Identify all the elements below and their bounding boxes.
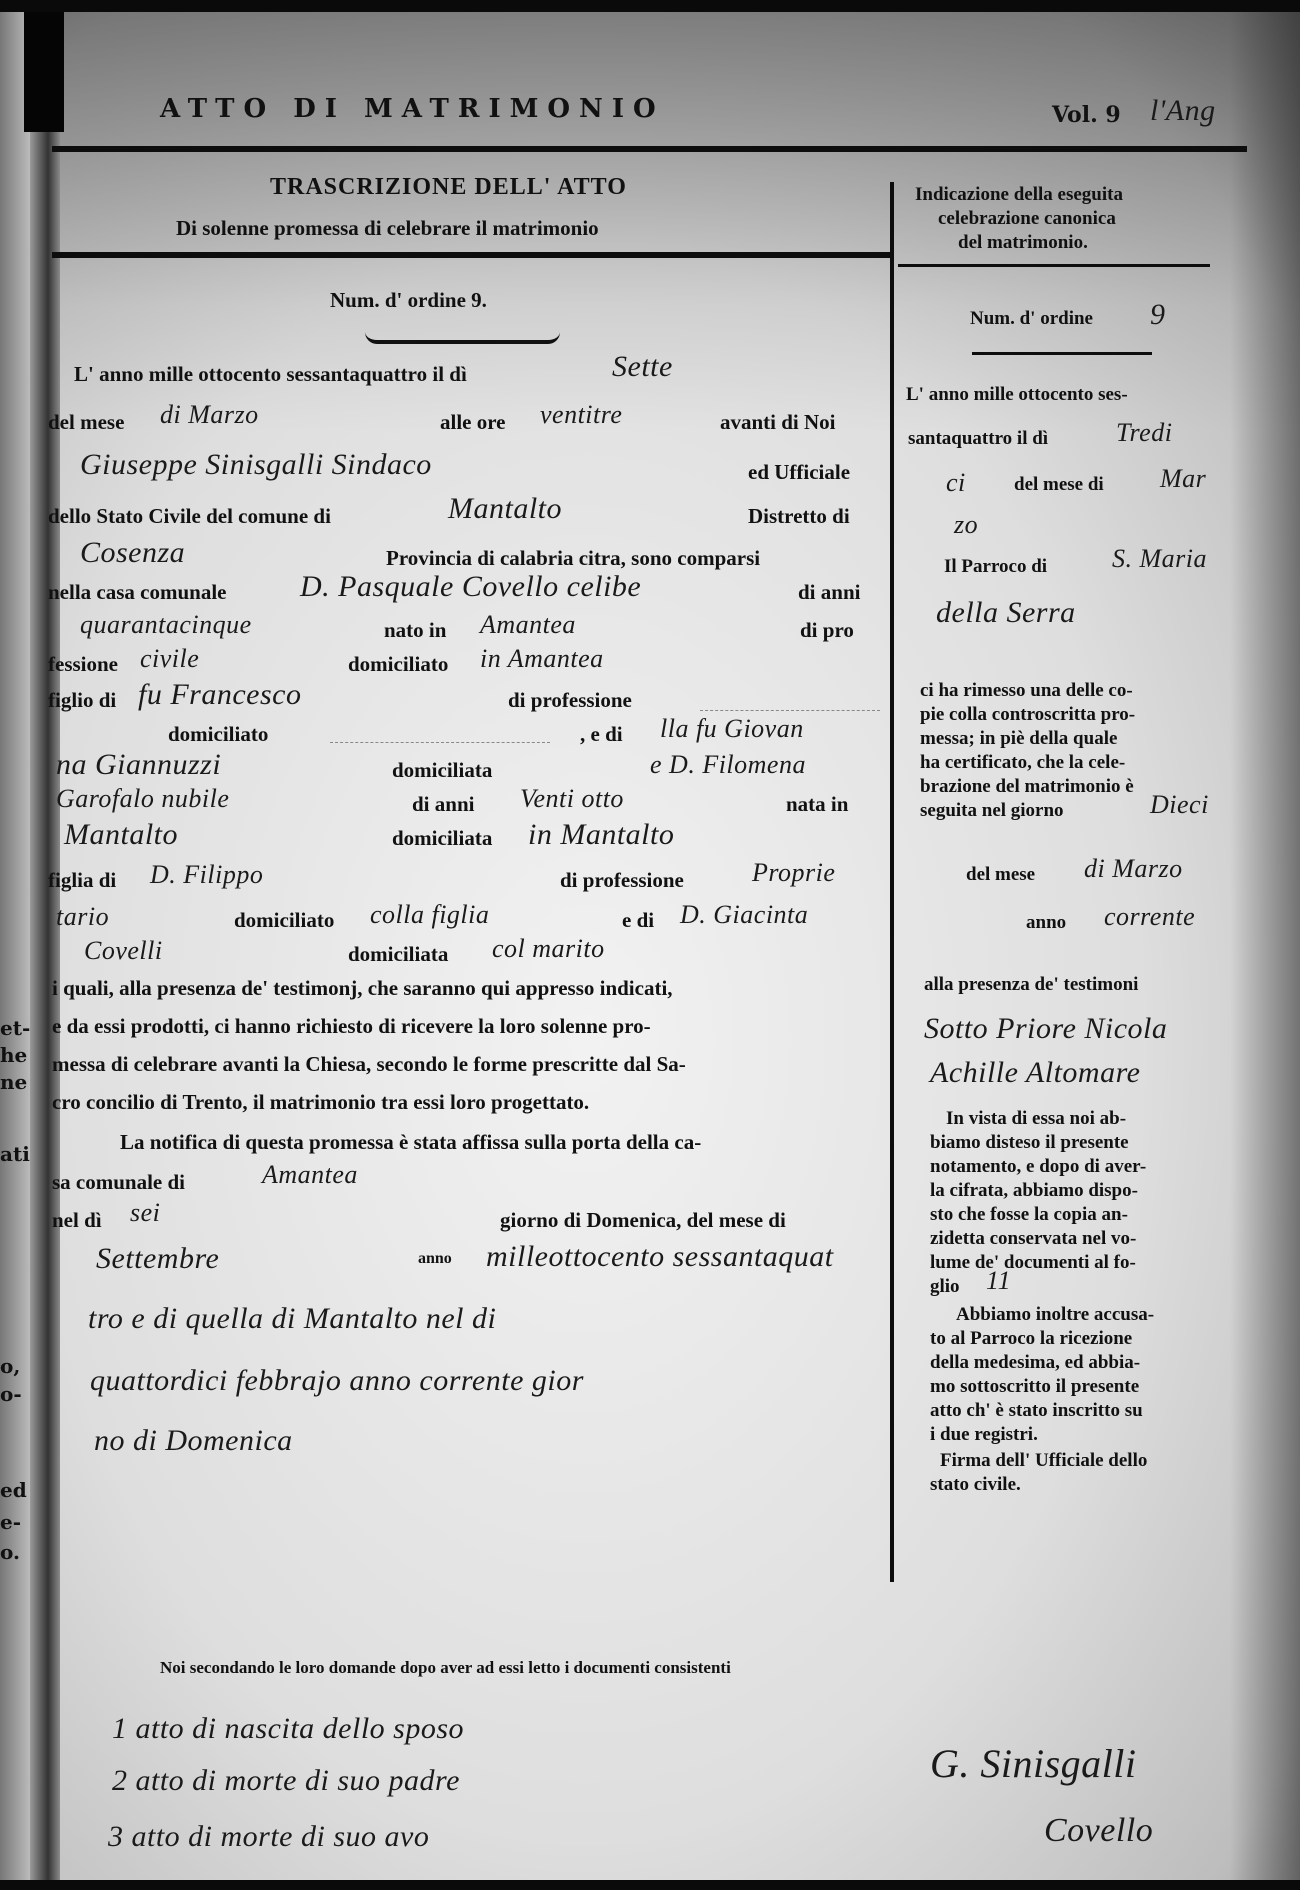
text-line: zidetta conservata nel vo-: [930, 1228, 1136, 1250]
text-line: messa; in piè della quale: [920, 728, 1117, 750]
text-line: seguita nel giorno: [920, 800, 1064, 822]
bottom-statement: Noi secondando le loro domande dopo aver…: [160, 1658, 731, 1678]
text-line: di anni: [412, 792, 474, 817]
text-line: del mese: [966, 864, 1035, 886]
text-line: santaquattro il dì: [908, 428, 1048, 450]
text-line: figlia di: [48, 868, 116, 893]
text-line: di professione: [560, 868, 684, 893]
handwritten-entry: Venti otto: [520, 784, 624, 814]
handwritten-entry: 11: [986, 1266, 1011, 1296]
blank-field: [330, 742, 550, 743]
text-line: domiciliata: [392, 758, 492, 783]
text-line: domiciliato: [168, 722, 268, 747]
handwritten-entry: in Amantea: [480, 644, 604, 674]
margin-fragment: o.: [0, 1540, 20, 1564]
text-line: La notifica di questa promessa è stata a…: [120, 1130, 701, 1155]
right-title-line: Indicazione della eseguita: [915, 184, 1123, 206]
text-line: atto ch' è stato inscritto su: [930, 1400, 1143, 1422]
handwritten-entry: Settembre: [96, 1242, 219, 1276]
text-line: di professione: [508, 688, 632, 713]
handwritten-entry: Achille Altomare: [930, 1056, 1140, 1090]
handwritten-entry: di Marzo: [1084, 854, 1183, 884]
text-line: notamento, e dopo di aver-: [930, 1156, 1146, 1178]
text-line: di anni: [798, 580, 860, 605]
text-line: ci ha rimesso una delle co-: [920, 680, 1133, 702]
text-line: messa di celebrare avanti la Chiesa, sec…: [52, 1052, 686, 1077]
handwritten-entry: quarantacinque: [80, 610, 252, 640]
text-line: alle ore: [440, 410, 506, 435]
handwritten-entry: col marito: [492, 934, 605, 964]
header-rule: [52, 146, 1247, 152]
section-subtitle: Di solenne promessa di celebrare il matr…: [176, 216, 599, 241]
handwritten-entry: S. Maria: [1112, 544, 1207, 574]
handwritten-entry: quattordici febbrajo anno corrente gior: [90, 1364, 584, 1398]
text-line: alla presenza de' testimoni: [924, 974, 1138, 996]
right-title-line: del matrimonio.: [958, 232, 1088, 254]
order-number: Num. d' ordine 9.: [330, 288, 487, 313]
text-line: Abbiamo inoltre accusa-: [956, 1304, 1154, 1326]
text-line: domiciliato: [348, 652, 448, 677]
text-line: cro concilio di Trento, il matrimonio tr…: [52, 1090, 589, 1115]
margin-fragment: ed: [0, 1478, 27, 1502]
text-line: stato civile.: [930, 1474, 1021, 1496]
handwritten-entry: no di Domenica: [94, 1424, 293, 1458]
handwritten-entry: della Serra: [936, 596, 1076, 630]
handwritten-entry: D. Pasquale Covello celibe: [300, 570, 641, 604]
handwritten-entry: Covelli: [84, 936, 163, 966]
handwritten-entry: Cosenza: [80, 536, 185, 570]
text-line: del mese: [48, 410, 124, 435]
section-rule: [52, 252, 890, 258]
handwritten-entry: fu Francesco: [138, 678, 301, 712]
handwritten-entry: di Marzo: [160, 400, 259, 430]
column-divider: [890, 182, 894, 1582]
text-line: avanti di Noi: [720, 410, 836, 435]
handwritten-entry: colla figlia: [370, 900, 489, 930]
handwritten-entry: D. Giacinta: [680, 900, 808, 930]
text-line: domiciliato: [234, 908, 334, 933]
text-line: glio: [930, 1276, 960, 1298]
text-line: In vista di essa noi ab-: [946, 1108, 1126, 1130]
text-line: ha certificato, che la cele-: [920, 752, 1125, 774]
margin-fragment: o-: [0, 1382, 22, 1406]
handwritten-entry: Sette: [612, 350, 673, 384]
text-line: la cifrata, abbiamo dispo-: [930, 1180, 1138, 1202]
document-title: ATTO DI MATRIMONIO: [160, 94, 665, 124]
text-line: anno: [418, 1250, 452, 1268]
handwritten-entry: na Giannuzzi: [56, 748, 221, 782]
handwritten-entry: ci: [946, 468, 966, 498]
handwritten-entry: sei: [130, 1198, 160, 1228]
handwritten-entry: Giuseppe Sinisgalli Sindaco: [80, 448, 432, 482]
volume-annotation: l'Ang: [1150, 94, 1216, 128]
handwritten-entry: e D. Filomena: [650, 750, 806, 780]
handwritten-entry: zo: [954, 510, 978, 540]
text-line: biamo disteso il presente: [930, 1132, 1129, 1154]
text-line: i quali, alla presenza de' testimonj, ch…: [52, 976, 673, 1001]
handwritten-entry: tario: [56, 902, 109, 932]
text-line: nata in: [786, 792, 848, 817]
document-list-item: 1 atto di nascita dello sposo: [112, 1712, 464, 1746]
document-list-item: 2 atto di morte di suo padre: [112, 1764, 460, 1798]
text-line: Distretto di: [748, 504, 850, 529]
text-line: Provincia di calabria citra, sono compar…: [386, 546, 760, 571]
text-line: nato in: [384, 618, 446, 643]
handwritten-entry: Amantea: [480, 610, 576, 640]
text-line: L' anno mille ottocento ses-: [906, 384, 1128, 406]
handwritten-entry: in Mantalto: [528, 818, 674, 852]
blank-field: [700, 710, 880, 711]
scan-shadow-right: [1230, 12, 1300, 1880]
text-line: figlio di: [48, 688, 116, 713]
text-line: e di: [622, 908, 654, 933]
margin-fragment: he: [0, 1043, 27, 1067]
handwritten-entry: Mar: [1160, 464, 1206, 494]
right-title-rule: [898, 264, 1210, 267]
handwritten-entry: Sotto Priore Nicola: [924, 1012, 1167, 1046]
handwritten-entry: Mantalto: [64, 818, 178, 852]
text-line: e da essi prodotti, ci hanno richiesto d…: [52, 1014, 651, 1039]
handwritten-entry: 9: [1150, 298, 1166, 332]
right-order-number: Num. d' ordine: [970, 308, 1093, 330]
text-line: pie colla controscritta pro-: [920, 704, 1135, 726]
text-line: domiciliata: [348, 942, 448, 967]
handwritten-entry: ventitre: [540, 400, 622, 430]
text-line: di pro: [800, 618, 854, 643]
text-line: , e di: [580, 722, 623, 747]
text-line: domiciliata: [392, 826, 492, 851]
margin-fragment: o,: [0, 1354, 20, 1378]
text-line: sa comunale di: [52, 1170, 185, 1195]
handwritten-entry: Tredi: [1116, 418, 1172, 448]
handwritten-entry: Garofalo nubile: [56, 784, 229, 814]
book-gutter: [30, 12, 60, 1880]
book-gutter-top: [24, 12, 64, 132]
facing-page-strip: [0, 12, 30, 1880]
text-line: L' anno mille ottocento sessantaquattro …: [74, 362, 467, 387]
handwritten-entry: Dieci: [1150, 790, 1209, 820]
section-title: TRASCRIZIONE DELL' ATTO: [270, 174, 627, 201]
document-list-item: 3 atto di morte di suo avo: [108, 1820, 429, 1854]
text-line: i due registri.: [930, 1424, 1038, 1446]
text-line: dello Stato Civile del comune di: [48, 504, 331, 529]
handwritten-entry: civile: [140, 644, 199, 674]
handwritten-entry: Amantea: [262, 1160, 358, 1190]
text-line: Firma dell' Ufficiale dello: [940, 1450, 1147, 1472]
text-line: mo sottoscritto il presente: [930, 1376, 1139, 1398]
document-page: et- he ne ati o, o- ed e- o. ATTO DI MAT…: [0, 12, 1300, 1880]
right-title-line: celebrazione canonica: [938, 208, 1116, 230]
handwritten-entry: tro e di quella di Mantalto nel di: [88, 1302, 496, 1336]
text-line: fessione: [48, 652, 118, 677]
margin-fragment: e-: [0, 1510, 21, 1534]
signature: Covello: [1044, 1812, 1153, 1850]
text-line: Il Parroco di: [944, 556, 1047, 578]
signature: G. Sinisgalli: [930, 1740, 1137, 1787]
handwritten-entry: corrente: [1104, 902, 1195, 932]
text-line: della medesima, ed abbia-: [930, 1352, 1140, 1374]
text-line: del mese di: [1014, 474, 1104, 496]
text-line: brazione del matrimonio è: [920, 776, 1134, 798]
handwritten-entry: Mantalto: [448, 492, 562, 526]
margin-fragment: ne: [0, 1070, 27, 1094]
text-line: lume de' documenti al fo-: [930, 1252, 1136, 1274]
text-line: nella casa comunale: [48, 580, 227, 605]
handwritten-entry: D. Filippo: [150, 860, 263, 890]
text-line: sto che fosse la copia an-: [930, 1204, 1128, 1226]
handwritten-entry: lla fu Giovan: [660, 714, 804, 744]
brace-ornament: [365, 332, 560, 344]
volume-label: Vol. 9: [1052, 102, 1121, 128]
margin-fragment: et-: [0, 1016, 30, 1040]
text-line: giorno di Domenica, del mese di: [500, 1208, 786, 1233]
text-line: to al Parroco la ricezione: [930, 1328, 1132, 1350]
handwritten-entry: milleottocento sessantaquat: [486, 1240, 834, 1274]
text-line: anno: [1026, 912, 1066, 934]
text-line: ed Ufficiale: [748, 460, 850, 485]
margin-fragment: ati: [0, 1142, 30, 1166]
text-line: nel dì: [52, 1208, 102, 1233]
order-underline: [972, 352, 1152, 355]
handwritten-entry: Proprie: [752, 858, 835, 888]
